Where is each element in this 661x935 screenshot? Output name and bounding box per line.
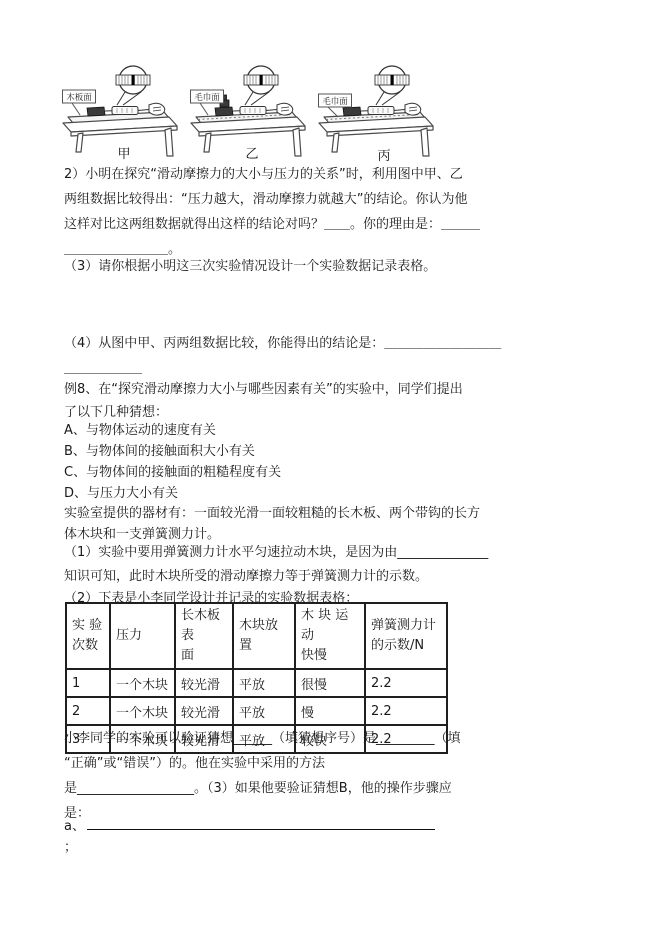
magnifier-inset — [116, 66, 150, 105]
hand — [149, 103, 165, 115]
hand — [405, 103, 421, 115]
step-a-line: a、 — [64, 816, 452, 837]
apparatus-line-1: 实验室提供的器材有：一面较光滑一面较粗糙的长木板、两个带钩的长方 — [64, 503, 452, 524]
table-header-cell: 木 块 运 动 快慢 — [295, 603, 365, 669]
wood-block — [343, 107, 361, 116]
table-header-cell: 长木板表 面 — [175, 603, 233, 669]
option-b: B、与物体间的接触面积大小有关 — [64, 441, 452, 462]
table-header-cell: 压力 — [110, 603, 175, 669]
table-cell: 很慢 — [295, 669, 365, 697]
table-cell: 平放 — [233, 697, 295, 725]
option-a: A、与物体运动的速度有关 — [64, 420, 452, 441]
table-cell: 1 — [66, 669, 110, 697]
table-cell: 一个木块 — [110, 669, 175, 697]
magnifier-inset — [244, 66, 278, 105]
surface-label: 毛巾面 — [322, 96, 348, 107]
wood-block — [215, 107, 233, 116]
question-2-line-2: 两组数据比较得出：“压力越大，滑动摩擦力就越大”的结论。你认为他 — [64, 187, 452, 212]
surface-label: 木板面 — [66, 92, 92, 103]
table-header-cell: 实 验 次数 — [66, 603, 110, 669]
wood-block — [87, 107, 105, 116]
figure-yi-drawing: 毛巾面 乙 — [190, 64, 318, 164]
table-cell: 较光滑 — [175, 669, 233, 697]
option-c: C、与物体间的接触面的粗糙程度有关 — [64, 462, 452, 483]
table-row: 1 一个木块 较光滑 平放 很慢 2.2 — [66, 669, 447, 697]
followup-paragraph: 小李同学的实验可以验证猜想______（填猜想序号）是_________（填 “… — [64, 726, 452, 826]
question-2: 2）小明在探究“滑动摩擦力的大小与压力的关系”时，利用图中甲、乙 两组数据比较得… — [64, 162, 452, 262]
example8-intro: 例8、在“探究滑动摩擦力大小与哪些因素有关”的实验中，同学们提出 了以下几种猜想… — [64, 378, 452, 424]
figure-yi: 毛巾面 乙 — [190, 64, 318, 164]
figure-bing-drawing: 毛巾面 丙 — [318, 64, 446, 164]
table-header-cell: 木块放置 — [233, 603, 295, 669]
worksheet-page: 木板面 甲 — [0, 0, 661, 935]
table-cell: 2.2 — [365, 669, 447, 697]
question-4-line-1: （4）从图中甲、丙两组数据比较，你能得出的结论是：＿＿＿＿＿＿＿＿＿ — [64, 331, 452, 356]
table-header-cell: 弹簧测力计 的示数/N — [365, 603, 447, 669]
sub-question-1-line-1: （1）实验中要用弹簧测力计水平匀速拉动木块，是因为由______________ — [64, 541, 452, 565]
figure-caption: 乙 — [245, 147, 258, 162]
figure-jia-drawing: 木板面 甲 — [62, 64, 190, 164]
table-cell: 较光滑 — [175, 697, 233, 725]
question-3-text: （3）请你根据小明这三次实验情况设计一个实验数据记录表格。 — [64, 254, 452, 279]
example8-options: A、与物体运动的速度有关 B、与物体间的接触面积大小有关 C、与物体间的接触面的… — [64, 420, 452, 504]
table-cell: 2 — [66, 697, 110, 725]
apparatus-paragraph: 实验室提供的器材有：一面较光滑一面较粗糙的长木板、两个带钩的长方 体木块和一支弹… — [64, 503, 452, 545]
example8-intro-line-1: 例8、在“探究滑动摩擦力大小与哪些因素有关”的实验中，同学们提出 — [64, 378, 452, 401]
table-cell: 2.2 — [365, 697, 447, 725]
spring-scale — [112, 107, 138, 115]
followup-line-1: 小李同学的实验可以验证猜想______（填猜想序号）是_________（填 — [64, 726, 452, 751]
followup-line-2: “正确”或“错误”）的。他在实验中采用的方法 — [64, 751, 452, 776]
option-d: D、与压力大小有关 — [64, 483, 452, 504]
table-cell: 平放 — [233, 669, 295, 697]
hand — [277, 103, 293, 115]
answer-blank — [87, 816, 435, 830]
magnifier-inset — [375, 66, 409, 105]
semicolon-line: ； — [64, 835, 452, 860]
question-4: （4）从图中甲、丙两组数据比较，你能得出的结论是：＿＿＿＿＿＿＿＿＿ ＿＿＿＿＿… — [64, 331, 452, 381]
step-a-label: a、 — [64, 819, 85, 834]
spring-scale — [368, 107, 394, 115]
surface-label: 毛巾面 — [194, 92, 220, 103]
figure-jia: 木板面 甲 — [62, 64, 190, 164]
question-2-line-1: 2）小明在探究“滑动摩擦力的大小与压力的关系”时，利用图中甲、乙 — [64, 162, 452, 187]
spring-scale — [240, 107, 266, 115]
table-cell: 慢 — [295, 697, 365, 725]
table-cell: 一个木块 — [110, 697, 175, 725]
sub-question-1: （1）实验中要用弹簧测力计水平匀速拉动木块，是因为由______________… — [64, 541, 452, 589]
question-3: （3）请你根据小明这三次实验情况设计一个实验数据记录表格。 — [64, 254, 452, 279]
followup-line-3: 是__________________。（3）如果他要验证猜想B，他的操作步骤应 — [64, 776, 452, 801]
figure-caption: 甲 — [117, 147, 130, 162]
semicolon-text: ； — [64, 835, 452, 860]
table-row: 2 一个木块 较光滑 平放 慢 2.2 — [66, 697, 447, 725]
table-header-row: 实 验 次数 压力 长木板表 面 木块放置 木 块 运 动 快慢 弹簧测力计 的… — [66, 603, 447, 669]
figure-bing: 毛巾面 丙 — [318, 64, 446, 164]
question-2-line-3: 这样对比这两组数据就得出这样的结论对吗？＿＿。你的理由是：＿＿＿ — [64, 212, 452, 237]
experiment-figures: 木板面 甲 — [62, 64, 446, 164]
